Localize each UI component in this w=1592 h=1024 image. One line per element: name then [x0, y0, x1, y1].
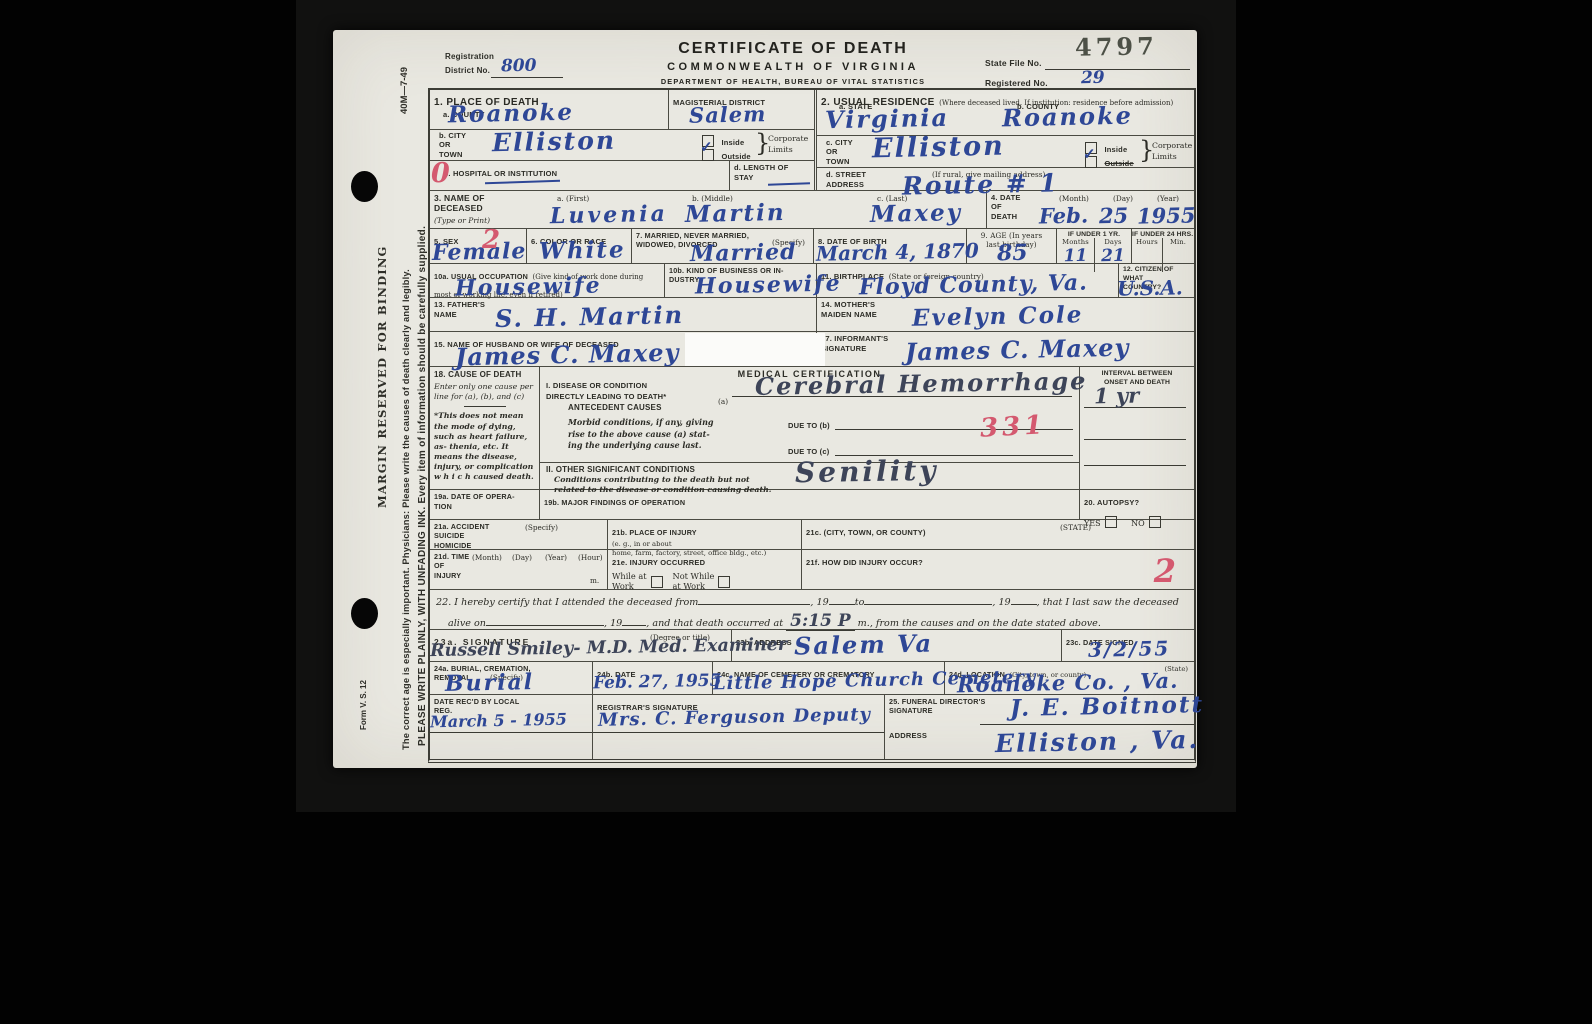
certificate-header: CERTIFICATE OF DEATH COMMONWEALTH OF VIR… [583, 40, 1003, 86]
s22-blank1 [698, 595, 810, 605]
registration-label: Registration [445, 52, 494, 61]
s2-state-county-row: 2. USUAL RESIDENCE (Where deceased lived… [817, 90, 1194, 136]
section-18-medical-certification: MEDICAL CERTIFICATION I. DISEASE OR COND… [540, 367, 1080, 489]
s20-label: 20. AUTOPSY? [1084, 498, 1139, 507]
s4-month-value: Feb. [1039, 202, 1089, 228]
section-24a-burial: 24a. BURIAL, CREMATION, REMOVAL (Specify… [430, 662, 593, 694]
section-14-mother: 14. MOTHER'S MAIDEN NAME Evelyn Cole [817, 298, 1194, 331]
s18-a-label: (a) [718, 397, 728, 406]
s21e-notwhile-option: Not While at Work [673, 572, 731, 592]
s14-value: Evelyn Cole [912, 301, 1084, 332]
section-date-received: DATE REC'D BY LOCAL REG. March 5 - 1955 [430, 695, 593, 759]
interval-line-b [1084, 439, 1186, 440]
s21e-options: While at Work Not While at Work [612, 572, 797, 592]
s9-min-label: Min. [1163, 238, 1193, 246]
s5-red-mark: 2 [482, 225, 500, 255]
s1-magisterial-cell: MAGISTERIAL DISTRICT Salem [669, 90, 814, 129]
s18-label: 18. CAUSE OF DEATH [434, 370, 535, 379]
s4-day-value: 25 [1099, 203, 1129, 229]
redaction-box [685, 333, 825, 366]
section-21a-accident: 21a. ACCIDENT SUICIDE HOMICIDE (Specify) [430, 520, 608, 549]
s7-value: Married [690, 239, 797, 267]
s21d-month-label: (Month) [472, 553, 502, 562]
s21d-day-label: (Day) [512, 553, 532, 562]
department-line: DEPARTMENT OF HEALTH, BUREAU OF VITAL ST… [583, 77, 1003, 86]
certificate-title: CERTIFICATE OF DEATH [583, 40, 1003, 58]
section-22-certification: 22. I hereby certify that I attended the… [430, 590, 1194, 629]
s22-seg6: alive on [448, 618, 486, 629]
row-injury-place: 21a. ACCIDENT SUICIDE HOMICIDE (Specify)… [430, 520, 1194, 550]
s17-value: James C. Maxey [905, 333, 1130, 367]
s1-outside-checkmark: ✓ [700, 138, 713, 156]
row-parents: 13. FATHER'S NAME S. H. Martin 14. MOTHE… [430, 298, 1194, 332]
red-mark-zero: 0 [431, 158, 450, 189]
s1-county-value: Roanoke [448, 99, 575, 129]
section-6-color-or-race: 6. COLOR OR RACE White [527, 229, 632, 263]
section-9-under-1yr: IF UNDER 1 YR. Months 11 Days 21 [1057, 229, 1132, 263]
s21b-label: 21b. PLACE OF INJURY [612, 528, 697, 537]
s21f-red-mark: 2 [1154, 552, 1176, 590]
s24b-value: Feb. 27, 1955 [593, 671, 722, 694]
s2-outside-label: Outside [1104, 159, 1133, 168]
s1-hospital-dash [485, 180, 560, 185]
s2-outside-checkmark: ✓ [1083, 145, 1096, 163]
row-sex-age: 5. SEX 2 Female 6. COLOR OR RACE White 7… [430, 229, 1194, 264]
s21e-while-checkbox [651, 576, 663, 588]
s21d-hour-label: (Hour) [578, 553, 603, 562]
s2-street-label: d. STREET ADDRESS [826, 170, 866, 190]
s22-seg3: to [855, 597, 865, 608]
row-injury-time: 21d. TIME OF INJURY (Month) (Day) (Year)… [430, 550, 1194, 590]
s21d-m-label: m. [590, 576, 599, 585]
s10b-value: Housewife [695, 270, 842, 299]
death-certificate-document: 40M—7-49 MARGIN RESERVED FOR BINDING PLE… [333, 30, 1197, 768]
s21e-notwhile-checkbox [718, 576, 730, 588]
s1-county-row: 1. PLACE OF DEATH a. COUNTY Roanoke MAGI… [430, 90, 814, 130]
s1-hospital-row: c. HOSPITAL OR INSTITUTION d. LENGTH OF … [430, 161, 814, 191]
s1-corporate-label: Corporate Limits [768, 134, 808, 156]
s22-seg4: , 19 [992, 597, 1010, 608]
s1-stay-label: d. LENGTH OF STAY [734, 163, 788, 183]
s18-code-red: 331 [979, 410, 1047, 443]
s21e-label: 21e. INJURY OCCURRED [612, 558, 705, 567]
row-cause-of-death: 18. CAUSE OF DEATH Enter only one cause … [430, 367, 1194, 490]
district-no-label: District No. [445, 66, 490, 75]
s22-blank2 [829, 595, 855, 605]
row-place-residence: 0 1. PLACE OF DEATH a. COUNTY Roanoke MA… [430, 90, 1194, 191]
section-10b-business: 10b. KIND OF BUSINESS OR IN- DUSTRY Hous… [665, 264, 817, 297]
s2-street-row: d. STREET ADDRESS (If rural, give mailin… [817, 168, 1194, 191]
section-10a-occupation: 10a. USUAL OCCUPATION (Give kind of work… [430, 264, 665, 297]
s18-divider-rule [464, 406, 506, 407]
hole-punch-bottom [351, 598, 378, 629]
section-25-funeral-director: 25. FUNERAL DIRECTOR'S SIGNATURE J. E. B… [885, 695, 1194, 759]
s18-note1: Enter only one cause per line for (a), (… [434, 382, 535, 401]
section-21f-how-injury: 21f. HOW DID INJURY OCCUR? 2 [802, 550, 1194, 589]
s13-label: 13. FATHER'S NAME [434, 300, 485, 320]
s5-value: Female [432, 238, 527, 266]
state-file-label: State File No. [985, 58, 1042, 68]
s21f-label: 21f. HOW DID INJURY OCCUR? [806, 558, 923, 567]
row-name-date: 3. NAME OF DECEASED (Type or Print) a. (… [430, 191, 1194, 229]
interval-value: 1 yr [1094, 383, 1140, 409]
row-burial: 24a. BURIAL, CREMATION, REMOVAL (Specify… [430, 662, 1194, 695]
s17-label: 17. INFORMANT'S SIGNATURE [821, 334, 888, 354]
s14-label: 14. MOTHER'S MAIDEN NAME [821, 300, 877, 320]
s22-seg5: , that I last saw the deceased [1037, 597, 1179, 608]
s18-disease-label: I. DISEASE OR CONDITION DIRECTLY LEADING… [546, 381, 666, 402]
row-occupation-birthplace: 10a. USUAL OCCUPATION (Give kind of work… [430, 264, 1194, 298]
section-21c-city-county: 21c. (CITY, TOWN, OR COUNTY) (STATE) [802, 520, 1194, 549]
s23b-value: Salem Va [794, 629, 934, 661]
s22-seg9: m., from the causes and on the date stat… [858, 618, 1101, 629]
s3-label: 3. NAME OF DECEASED [434, 193, 485, 213]
form-code: Form V. S. 12 [359, 680, 368, 730]
s22-blank4 [1011, 595, 1037, 605]
s21e-while-label: While at Work [612, 572, 647, 592]
s21c-state-label: (STATE) [1060, 523, 1091, 532]
s9-under24-label: IF UNDER 24 HRS. [1132, 229, 1193, 238]
section-20-autopsy: 20. AUTOPSY? YES NO [1080, 490, 1194, 519]
s22-line1: 22. I hereby certify that I attended the… [436, 594, 1188, 612]
s1-stay-dash [768, 182, 810, 185]
section-1-place-of-death: 0 1. PLACE OF DEATH a. COUNTY Roanoke MA… [430, 90, 817, 190]
section-2-usual-residence: 2. USUAL RESIDENCE (Where deceased lived… [817, 90, 1194, 190]
s25-address-value: Elliston , Va. [995, 725, 1200, 758]
district-no-value: 800 [501, 56, 537, 77]
margin-binding-text: MARGIN RESERVED FOR BINDING [375, 245, 389, 508]
section-interval: INTERVAL BETWEEN ONSET AND DEATH 1 yr [1080, 367, 1194, 489]
s1-county-cell: 1. PLACE OF DEATH a. COUNTY Roanoke [430, 90, 669, 129]
s22-seg1: 22. I hereby certify that I attended the… [436, 597, 698, 608]
section-5-sex: 5. SEX 2 Female [430, 229, 527, 263]
s11-value: Floyd County, Va. [859, 270, 1088, 301]
s21d-label: 21d. TIME OF INJURY [434, 552, 469, 580]
section-21e-injury-occurred: 21e. INJURY OCCURRED While at Work Not W… [608, 550, 802, 589]
s18-a-value: Cerebral Hemorrhage [755, 366, 1088, 401]
s22-seg7: , 19 [604, 618, 622, 629]
s18-other-label: II. OTHER SIGNIFICANT CONDITIONS [546, 465, 695, 474]
s22-blank6 [622, 616, 646, 626]
section-24c-cemetery: 24c. NAME OF CEMETERY OR CREMATORY Littl… [713, 662, 945, 694]
s2-city-value: Elliston [872, 131, 1005, 165]
row-registrar: DATE REC'D BY LOCAL REG. March 5 - 1955 … [430, 695, 1194, 759]
s25-label: 25. FUNERAL DIRECTOR'S SIGNATURE [889, 697, 986, 716]
margin-write-plainly-text: PLEASE WRITE PLAINLY, WITH UNFADING INK.… [417, 226, 428, 746]
s2-county-value: Roanoke [1002, 101, 1133, 133]
section-21b-place-of-injury: 21b. PLACE OF INJURY (e. g., in or about… [608, 520, 802, 549]
section-9-under-24hrs: IF UNDER 24 HRS. Hours Min. [1132, 229, 1193, 263]
section-21d-time-of-injury: 21d. TIME OF INJURY (Month) (Day) (Year)… [430, 550, 608, 589]
s19b-label: 19b. MAJOR FINDINGS OF OPERATION [544, 498, 685, 507]
margin-age-note-text: The correct age is especially important.… [401, 269, 411, 750]
s2-state-value: Virginia [825, 103, 950, 135]
s6-value: White [539, 236, 626, 265]
section-12-citizen: 12. CITIZEN OF WHAT COUNTRY? U.S.A. [1119, 264, 1194, 297]
print-code: 40M—7-49 [399, 67, 410, 114]
section-registrar-signature: REGISTRAR'S SIGNATURE Mrs. C. Ferguson D… [593, 695, 885, 759]
s22-seg8: , and that death occurred at [646, 618, 783, 629]
section-19a-date-of-operation: 19a. DATE OF OPERA- TION [430, 490, 540, 519]
s22-seg2: , 19 [810, 597, 828, 608]
s3-first-value: Luvenia [550, 201, 668, 229]
section-8-date-of-birth: 8. DATE OF BIRTH March 4, 1870 [814, 229, 967, 263]
s22-time-value: 5:15 P [786, 612, 854, 631]
s25-value: J. E. Boitnott [1010, 691, 1205, 722]
s4-year-value: 1955 [1137, 202, 1196, 228]
s9-hours-label: Hours [1132, 238, 1162, 246]
registrar-baseline [593, 732, 884, 733]
s18-antecedent-label: ANTECEDENT CAUSES [568, 403, 662, 412]
s21a-label: 21a. ACCIDENT SUICIDE HOMICIDE [434, 522, 489, 550]
s4-year-label: (Year) [1157, 194, 1179, 203]
section-9-age: 9. AGE (In years last birthday) 85 [967, 229, 1057, 263]
s21e-while-option: While at Work [612, 572, 663, 592]
section-18-cause-notes: 18. CAUSE OF DEATH Enter only one cause … [430, 367, 540, 489]
section-11-birthplace: 11. BIRTHPLACE (State or foreign country… [817, 264, 1119, 297]
s22-blank3 [864, 595, 992, 605]
s21a-note: (Specify) [525, 523, 558, 532]
state-file-value: 4797 [1075, 31, 1158, 61]
s24a-value: Burial [445, 669, 535, 697]
row-signature: 23a. SIGNATURE (Degree or title) Russell… [430, 630, 1194, 662]
recd-baseline [430, 732, 592, 733]
s19a-label: 19a. DATE OF OPERA- TION [434, 492, 515, 511]
s1-city-row: b. CITY OR TOWN Elliston Inside Outside … [430, 129, 814, 161]
section-13-father: 13. FATHER'S NAME S. H. Martin [430, 298, 817, 331]
s18-due-b-label: DUE TO (b) [788, 421, 830, 430]
interval-line-c [1084, 465, 1186, 466]
row-spouse-informant: 15. NAME OF HUSBAND OR WIFE OF DECEASED … [430, 332, 1194, 367]
section-23a-signature: 23a. SIGNATURE (Degree or title) Russell… [430, 630, 732, 661]
section-17-informant: 17. INFORMANT'S SIGNATURE James C. Maxey [817, 332, 1194, 366]
s18-morbid-note: Morbid conditions, if any, giving rise t… [568, 417, 713, 452]
photo-background: 40M—7-49 MARGIN RESERVED FOR BINDING PLE… [0, 0, 1592, 1024]
section-7-marital-status: 7. MARRIED, NEVER MARRIED, WIDOWED, DIVO… [632, 229, 814, 263]
section-23c-date-signed: 23c. DATE SIGNED 3/2/55 [1062, 630, 1194, 661]
s18-other-value: Senility [795, 454, 939, 489]
s1-hospital-label: c. HOSPITAL OR INSTITUTION [444, 169, 557, 178]
s25-address-label: ADDRESS [889, 731, 927, 740]
form-grid: 0 1. PLACE OF DEATH a. COUNTY Roanoke MA… [428, 88, 1196, 763]
s15-value: James C. Maxey [455, 338, 680, 372]
commonwealth-subtitle: COMMONWEALTH OF VIRGINIA [583, 61, 1003, 73]
registered-no-value: 29 [1081, 68, 1105, 88]
recd-value: March 5 - 1955 [430, 710, 567, 732]
row-operation-autopsy: 19a. DATE OF OPERA- TION 19b. MAJOR FIND… [430, 490, 1194, 520]
s1-city-value: Elliston [492, 126, 617, 158]
s9-value: 85 [997, 240, 1028, 267]
s13-value: S. H. Martin [495, 300, 685, 333]
s21c-label: 21c. (CITY, TOWN, OR COUNTY) [806, 528, 926, 537]
s22-blank5 [486, 616, 604, 626]
s21e-notwhile-label: Not While at Work [673, 572, 715, 592]
s23c-value: 3/2/55 [1088, 636, 1171, 662]
s2-city-row: c. CITY OR TOWN Elliston Inside Outside … [817, 136, 1194, 168]
s1-hospital-cell: c. HOSPITAL OR INSTITUTION [430, 161, 730, 191]
s1-stay-cell: d. LENGTH OF STAY [730, 161, 814, 191]
s2-street-value: Route # 1 [902, 168, 1059, 200]
registered-no-label: Registered No. [985, 78, 1048, 88]
s3-middle-value: Martin [685, 199, 786, 228]
s18-due-c-label: DUE TO (c) [788, 447, 829, 456]
s9-under1-label: IF UNDER 1 YR. [1057, 229, 1131, 238]
s2-corporate-label: Corporate Limits [1152, 141, 1192, 163]
section-19b-major-findings: 19b. MAJOR FINDINGS OF OPERATION [540, 490, 1080, 519]
state-file-line [1045, 60, 1190, 70]
registrar-value: Mrs. C. Ferguson Deputy [598, 704, 871, 731]
s1-city-label: b. CITY OR TOWN [439, 131, 466, 159]
s18-note2: *This does not mean the mode of dying, s… [434, 411, 535, 482]
hole-punch-top [351, 171, 378, 202]
s21d-year-label: (Year) [545, 553, 567, 562]
s3-last-value: Maxey [870, 199, 963, 228]
section-24b-date: 24b. DATE Feb. 27, 1955 [593, 662, 713, 694]
s4-day-label: (Day) [1113, 194, 1133, 203]
s2-city-label: c. CITY OR TOWN [826, 138, 853, 166]
magisterial-district-value: Salem [689, 101, 767, 128]
s1-outside-label: Outside [721, 152, 750, 161]
s12-value: U.S.A. [1117, 275, 1183, 300]
s8-value: March 4, 1870 [816, 238, 979, 265]
row-certify-statement: 22. I hereby certify that I attended the… [430, 590, 1194, 630]
s10a-value: Housewife [455, 272, 602, 301]
